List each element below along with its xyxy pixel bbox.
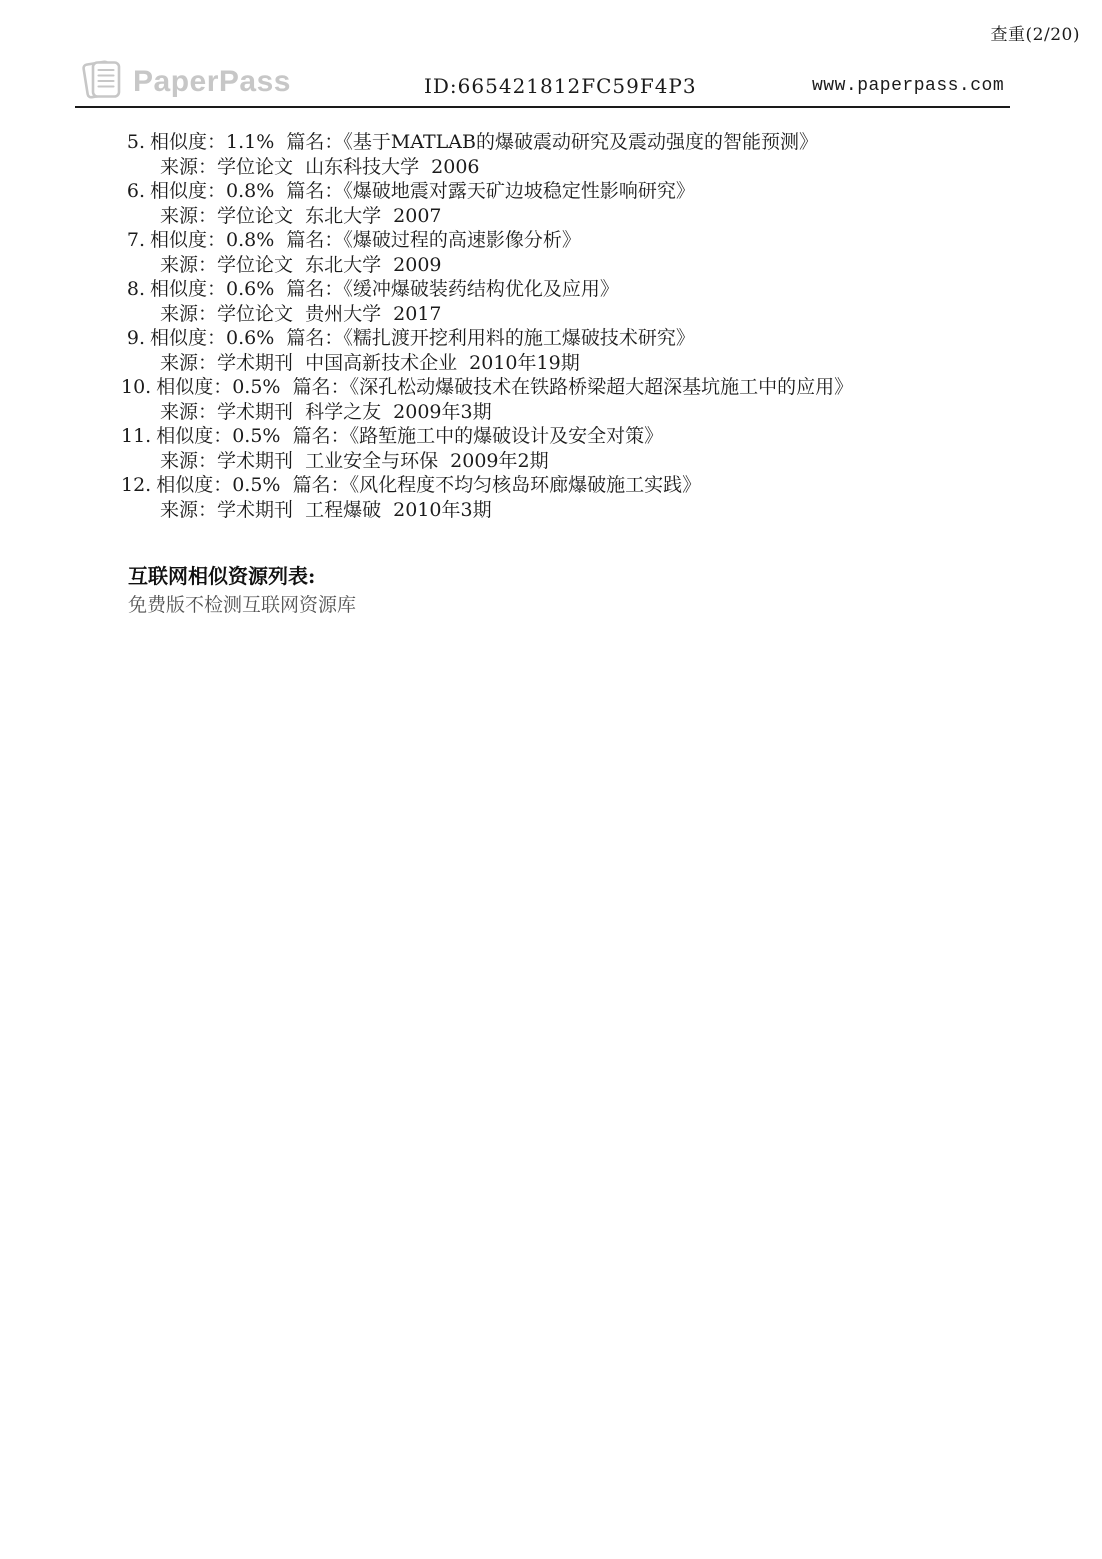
result-source-line: 来源：学位论文 山东科技大学 2006 bbox=[121, 155, 981, 180]
result-source-line: 来源：学术期刊 工业安全与环保 2009年2期 bbox=[121, 449, 981, 474]
result-index: 7. bbox=[121, 228, 145, 253]
result-index: 5. bbox=[121, 130, 145, 155]
result-source-line: 来源：学位论文 贵州大学 2017 bbox=[121, 302, 981, 327]
result-title-line: 11. 相似度：0.5% 篇名：《路堑施工中的爆破设计及安全对策》 bbox=[121, 424, 981, 449]
result-source-line: 来源：学术期刊 中国高新技术企业 2010年19期 bbox=[121, 351, 981, 376]
result-source-line: 来源：学位论文 东北大学 2009 bbox=[121, 253, 981, 278]
similarity-result-item: 6. 相似度：0.8% 篇名：《爆破地震对露天矿边坡稳定性影响研究》 来源：学位… bbox=[121, 179, 981, 228]
result-title-line: 6. 相似度：0.8% 篇名：《爆破地震对露天矿边坡稳定性影响研究》 bbox=[121, 179, 981, 204]
result-similarity-and-title: 相似度：0.6% 篇名：《糯扎渡开挖利用料的施工爆破技术研究》 bbox=[150, 326, 695, 351]
report-id: ID:665421812FC59F4P3 bbox=[424, 74, 697, 98]
result-title-line: 12. 相似度：0.5% 篇名：《风化程度不均匀核岛环廊爆破施工实践》 bbox=[121, 473, 981, 498]
similarity-result-item: 10. 相似度：0.5% 篇名：《深孔松动爆破技术在铁路桥梁超大超深基坑施工中的… bbox=[121, 375, 981, 424]
similarity-result-item: 8. 相似度：0.6% 篇名：《缓冲爆破装药结构优化及应用》 来源：学位论文 贵… bbox=[121, 277, 981, 326]
internet-resources-note: 免费版不检测互联网资源库 bbox=[128, 590, 356, 617]
similarity-result-list: 5. 相似度：1.1% 篇名：《基于MATLAB的爆破震动研究及震动强度的智能预… bbox=[121, 130, 981, 522]
report-header: PaperPass ID:665421812FC59F4P3 www.paper… bbox=[0, 0, 1102, 110]
result-title-line: 9. 相似度：0.6% 篇名：《糯扎渡开挖利用料的施工爆破技术研究》 bbox=[121, 326, 981, 351]
result-source-line: 来源：学位论文 东北大学 2007 bbox=[121, 204, 981, 229]
result-title-line: 10. 相似度：0.5% 篇名：《深孔松动爆破技术在铁路桥梁超大超深基坑施工中的… bbox=[121, 375, 981, 400]
website-url: www.paperpass.com bbox=[812, 76, 1004, 96]
similarity-result-item: 11. 相似度：0.5% 篇名：《路堑施工中的爆破设计及安全对策》 来源：学术期… bbox=[121, 424, 981, 473]
result-similarity-and-title: 相似度：0.5% 篇名：《风化程度不均匀核岛环廊爆破施工实践》 bbox=[156, 473, 701, 498]
result-index: 9. bbox=[121, 326, 145, 351]
result-similarity-and-title: 相似度：0.8% 篇名：《爆破过程的高速影像分析》 bbox=[150, 228, 581, 253]
similarity-result-item: 12. 相似度：0.5% 篇名：《风化程度不均匀核岛环廊爆破施工实践》 来源：学… bbox=[121, 473, 981, 522]
result-similarity-and-title: 相似度：0.6% 篇名：《缓冲爆破装药结构优化及应用》 bbox=[150, 277, 619, 302]
result-source-line: 来源：学术期刊 工程爆破 2010年3期 bbox=[121, 498, 981, 523]
result-index: 10. bbox=[121, 375, 151, 400]
result-similarity-and-title: 相似度：0.5% 篇名：《路堑施工中的爆破设计及安全对策》 bbox=[156, 424, 663, 449]
logo-wordmark: PaperPass bbox=[133, 67, 291, 97]
result-similarity-and-title: 相似度：1.1% 篇名：《基于MATLAB的爆破震动研究及震动强度的智能预测》 bbox=[150, 130, 818, 155]
similarity-result-item: 7. 相似度：0.8% 篇名：《爆破过程的高速影像分析》 来源：学位论文 东北大… bbox=[121, 228, 981, 277]
result-similarity-and-title: 相似度：0.8% 篇名：《爆破地震对露天矿边坡稳定性影响研究》 bbox=[150, 179, 695, 204]
paperpass-logo: PaperPass bbox=[82, 56, 291, 107]
result-title-line: 5. 相似度：1.1% 篇名：《基于MATLAB的爆破震动研究及震动强度的智能预… bbox=[121, 130, 981, 155]
result-source-line: 来源：学术期刊 科学之友 2009年3期 bbox=[121, 400, 981, 425]
result-similarity-and-title: 相似度：0.5% 篇名：《深孔松动爆破技术在铁路桥梁超大超深基坑施工中的应用》 bbox=[156, 375, 853, 400]
similarity-result-item: 9. 相似度：0.6% 篇名：《糯扎渡开挖利用料的施工爆破技术研究》 来源：学术… bbox=[121, 326, 981, 375]
header-divider bbox=[75, 106, 1010, 108]
result-index: 11. bbox=[121, 424, 151, 449]
result-index: 8. bbox=[121, 277, 145, 302]
result-title-line: 8. 相似度：0.6% 篇名：《缓冲爆破装药结构优化及应用》 bbox=[121, 277, 981, 302]
result-index: 6. bbox=[121, 179, 145, 204]
similarity-result-item: 5. 相似度：1.1% 篇名：《基于MATLAB的爆破震动研究及震动强度的智能预… bbox=[121, 130, 981, 179]
result-title-line: 7. 相似度：0.8% 篇名：《爆破过程的高速影像分析》 bbox=[121, 228, 981, 253]
internet-resources-heading: 互联网相似资源列表: bbox=[128, 560, 315, 589]
result-index: 12. bbox=[121, 473, 151, 498]
paperpass-document-icon bbox=[82, 56, 126, 107]
